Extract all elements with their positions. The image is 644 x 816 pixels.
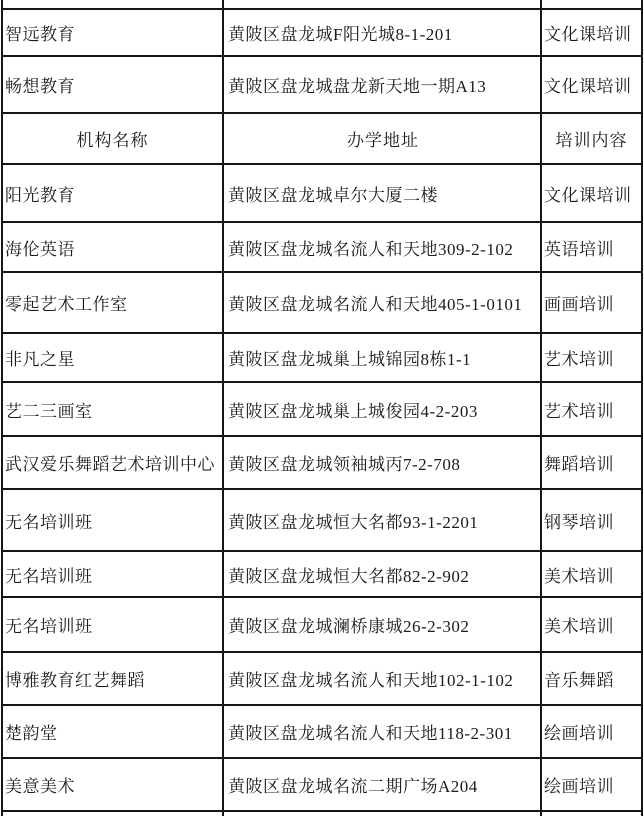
cell-institution-name	[2, 811, 223, 816]
cell-institution-name: 智远教育	[2, 9, 223, 56]
header-training-content: 培训内容	[541, 113, 642, 164]
cell-address: 黄陂区盘龙城澜桥康城26-2-302	[223, 597, 541, 652]
cell-address: 黄陂区盘龙城盘龙新天地一期A13	[223, 56, 541, 113]
cell-address: 黄陂区盘龙城巢上城俊园4-2-203	[223, 382, 541, 436]
cell-institution-name: 无名培训班	[2, 597, 223, 652]
cell-institution-name: 美意美术	[2, 758, 223, 811]
page-viewport: 智远教育 黄陂区盘龙城F阳光城8-1-201 文化课培训 畅想教育 黄陂区盘龙城…	[0, 0, 644, 816]
cell-training-content	[541, 811, 642, 816]
cell-address: 黄陂区盘龙城名流人和天地102-1-102	[223, 652, 541, 705]
cell-address: 黄陂区盘龙城卓尔大厦二楼	[223, 164, 541, 222]
table-row: 零起艺术工作室 黄陂区盘龙城名流人和天地405-1-0101 画画培训	[2, 272, 642, 333]
cell-training-content: 文化课培训	[541, 56, 642, 113]
cell-address: 黄陂区盘龙城名流人和天地405-1-0101	[223, 272, 541, 333]
cell-institution-name: 非凡之星	[2, 333, 223, 382]
cell-address	[223, 811, 541, 816]
cell-training-content: 音乐舞蹈	[541, 652, 642, 705]
cell-training-content: 钢琴培训	[541, 489, 642, 551]
cell-training-content: 绘画培训	[541, 705, 642, 758]
cell-institution-name: 海伦英语	[2, 222, 223, 272]
table-row: 海伦英语 黄陂区盘龙城名流人和天地309-2-102 英语培训	[2, 222, 642, 272]
cell-institution-name: 无名培训班	[2, 551, 223, 597]
cell-address: 黄陂区盘龙城F阳光城8-1-201	[223, 9, 541, 56]
cell-training-content: 文化课培训	[541, 164, 642, 222]
training-institutions-table: 智远教育 黄陂区盘龙城F阳光城8-1-201 文化课培训 畅想教育 黄陂区盘龙城…	[1, 0, 643, 816]
cell-training-content	[541, 0, 642, 9]
table-row: 无名培训班 黄陂区盘龙城恒大名都82-2-902 美术培训	[2, 551, 642, 597]
table-row-partial-bottom	[2, 811, 642, 816]
cell-training-content: 文化课培训	[541, 9, 642, 56]
cell-address: 黄陂区盘龙城巢上城锦园8栋1-1	[223, 333, 541, 382]
cell-training-content: 美术培训	[541, 597, 642, 652]
table-row: 非凡之星 黄陂区盘龙城巢上城锦园8栋1-1 艺术培训	[2, 333, 642, 382]
table-row: 艺二三画室 黄陂区盘龙城巢上城俊园4-2-203 艺术培训	[2, 382, 642, 436]
table-row: 阳光教育 黄陂区盘龙城卓尔大厦二楼 文化课培训	[2, 164, 642, 222]
table-row: 无名培训班 黄陂区盘龙城恒大名都93-1-2201 钢琴培训	[2, 489, 642, 551]
cell-address: 黄陂区盘龙城名流人和天地118-2-301	[223, 705, 541, 758]
cell-institution-name: 零起艺术工作室	[2, 272, 223, 333]
table-row: 智远教育 黄陂区盘龙城F阳光城8-1-201 文化课培训	[2, 9, 642, 56]
cell-institution-name: 阳光教育	[2, 164, 223, 222]
cell-institution-name: 楚韵堂	[2, 705, 223, 758]
cell-training-content: 美术培训	[541, 551, 642, 597]
table-row: 楚韵堂 黄陂区盘龙城名流人和天地118-2-301 绘画培训	[2, 705, 642, 758]
cell-training-content: 绘画培训	[541, 758, 642, 811]
cell-address: 黄陂区盘龙城名流二期广场A204	[223, 758, 541, 811]
cell-address: 黄陂区盘龙城领袖城丙7-2-708	[223, 436, 541, 489]
table-row: 畅想教育 黄陂区盘龙城盘龙新天地一期A13 文化课培训	[2, 56, 642, 113]
cell-training-content: 舞蹈培训	[541, 436, 642, 489]
cell-address: 黄陂区盘龙城恒大名都82-2-902	[223, 551, 541, 597]
table-row: 武汉爱乐舞蹈艺术培训中心 黄陂区盘龙城领袖城丙7-2-708 舞蹈培训	[2, 436, 642, 489]
cell-address: 黄陂区盘龙城名流人和天地309-2-102	[223, 222, 541, 272]
header-address: 办学地址	[223, 113, 541, 164]
cell-training-content: 画画培训	[541, 272, 642, 333]
cell-training-content: 艺术培训	[541, 333, 642, 382]
cell-training-content: 艺术培训	[541, 382, 642, 436]
cell-training-content: 英语培训	[541, 222, 642, 272]
header-institution-name: 机构名称	[2, 113, 223, 164]
cell-institution-name: 博雅教育红艺舞蹈	[2, 652, 223, 705]
table-row: 美意美术 黄陂区盘龙城名流二期广场A204 绘画培训	[2, 758, 642, 811]
table-header-row: 机构名称 办学地址 培训内容	[2, 113, 642, 164]
table-row-partial-top	[2, 0, 642, 9]
cell-institution-name: 畅想教育	[2, 56, 223, 113]
table-row: 无名培训班 黄陂区盘龙城澜桥康城26-2-302 美术培训	[2, 597, 642, 652]
cell-institution-name: 艺二三画室	[2, 382, 223, 436]
cell-institution-name: 武汉爱乐舞蹈艺术培训中心	[2, 436, 223, 489]
cell-institution-name	[2, 0, 223, 9]
table-row: 博雅教育红艺舞蹈 黄陂区盘龙城名流人和天地102-1-102 音乐舞蹈	[2, 652, 642, 705]
cell-institution-name: 无名培训班	[2, 489, 223, 551]
cell-address: 黄陂区盘龙城恒大名都93-1-2201	[223, 489, 541, 551]
cell-address	[223, 0, 541, 9]
